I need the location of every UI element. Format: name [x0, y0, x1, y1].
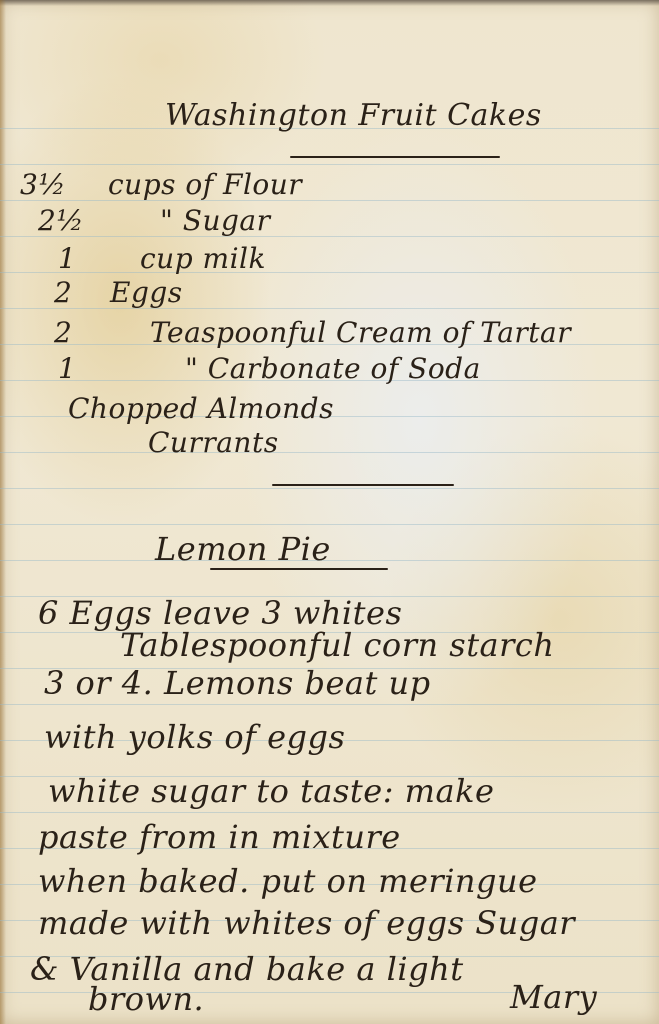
page-top-edge: [0, 0, 659, 6]
recipe-title-lemon-pie: Lemon Pie: [155, 530, 331, 568]
ingredient-text: " Sugar: [160, 204, 271, 237]
ingredient-text: Chopped Almonds: [68, 392, 334, 425]
ruled-line: [0, 200, 659, 201]
ingredient-text: cups of Flour: [108, 168, 302, 201]
recipe-line: with yolks of eggs: [44, 718, 345, 756]
signature: Mary: [510, 978, 597, 1016]
recipe-line: white sugar to taste: make: [48, 772, 494, 810]
ruled-line: [0, 524, 659, 525]
ruled-line: [0, 488, 659, 489]
ruled-line: [0, 272, 659, 273]
title-underline: [210, 568, 388, 570]
recipe-line: 3 or 4. Lemons beat up: [44, 664, 431, 702]
ingredient-text: cup milk: [140, 242, 266, 275]
page-left-edge: [0, 0, 6, 1024]
recipe-line: paste from in mixture: [38, 818, 401, 856]
handwritten-recipe-page: Washington Fruit Cakes 3½ cups of Flour …: [0, 0, 659, 1024]
recipe-line: made with whites of eggs Sugar: [38, 904, 575, 942]
ingredient-qty: 2: [54, 316, 72, 349]
ruled-line: [0, 164, 659, 165]
ruled-line: [0, 452, 659, 453]
ingredient-text: Currants: [148, 426, 279, 459]
recipe-line: Tablespoonful corn starch: [120, 626, 554, 664]
ingredient-text: " Carbonate of Soda: [185, 352, 481, 385]
ingredient-text: Eggs: [110, 276, 183, 309]
ingredient-qty: 1: [58, 242, 76, 275]
recipe-line: brown.: [88, 980, 204, 1018]
ingredient-qty: 2½: [38, 204, 84, 237]
ingredient-qty: 2: [54, 276, 72, 309]
title-underline: [290, 156, 500, 158]
ruled-line: [0, 236, 659, 237]
recipe-line: when baked. put on meringue: [38, 862, 538, 900]
section-divider: [272, 484, 454, 486]
ruled-line: [0, 308, 659, 309]
ruled-line: [0, 704, 659, 705]
ingredient-qty: 1: [58, 352, 76, 385]
recipe-title-washington-fruit-cakes: Washington Fruit Cakes: [165, 98, 542, 133]
ingredient-text: Teaspoonful Cream of Tartar: [150, 316, 571, 349]
ruled-line: [0, 812, 659, 813]
ingredient-qty: 3½: [20, 168, 66, 201]
